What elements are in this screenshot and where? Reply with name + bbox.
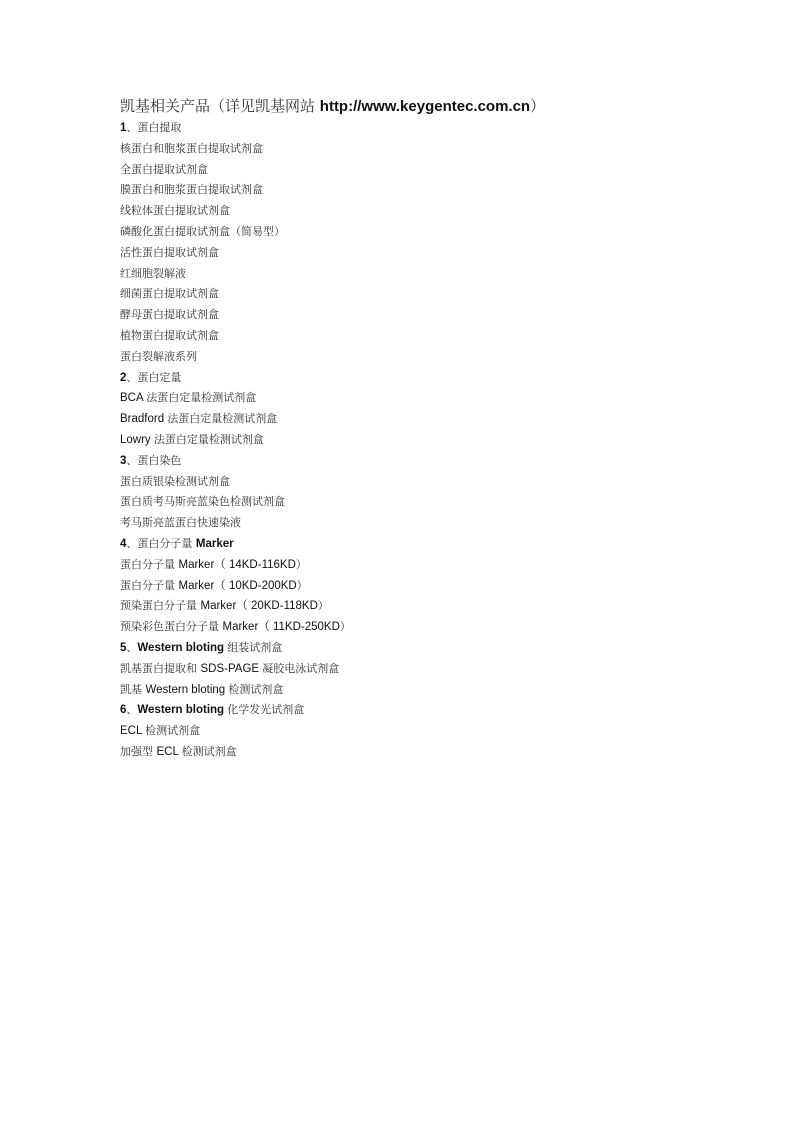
product-text: 凯基 bbox=[120, 683, 146, 696]
product-item: 蛋白裂解液系列 bbox=[120, 347, 720, 368]
product-text: 蛋白质考马斯亮蓝染色检测试剂盒 bbox=[120, 495, 285, 508]
section-heading: 6、Western bloting 化学发光试剂盒 bbox=[120, 700, 720, 721]
title-prefix: 凯基相关产品（详见凯基网站 bbox=[120, 97, 320, 115]
product-latin-text: Marker（ 14KD-116KD bbox=[179, 559, 296, 571]
product-latin-text: Marker（ 11KD-250KD bbox=[223, 621, 340, 633]
product-text-tail: 检测试剂盒 bbox=[145, 724, 200, 737]
product-latin-text: ECL bbox=[157, 746, 182, 758]
product-text-tail: 检测试剂盒 bbox=[228, 683, 283, 696]
product-latin-text: SDS-PAGE bbox=[201, 663, 263, 675]
product-text: 磷酸化蛋白提取试剂盒（简易型） bbox=[120, 225, 285, 238]
product-latin-text: Western bloting bbox=[146, 684, 229, 696]
section-heading-text: 、蛋白提取 bbox=[126, 121, 181, 134]
product-text: 凯基蛋白提取和 bbox=[120, 662, 201, 675]
section-heading-tail: 组装试剂盒 bbox=[227, 641, 282, 654]
product-item: 蛋白质银染检测试剂盒 bbox=[120, 472, 720, 493]
product-item: 活性蛋白提取试剂盒 bbox=[120, 243, 720, 264]
product-item: Lowry 法蛋白定量检测试剂盒 bbox=[120, 430, 720, 451]
product-text-tail: ） bbox=[340, 620, 351, 633]
section-heading-text: 、蛋白分子量 bbox=[126, 537, 196, 550]
title-suffix: ） bbox=[530, 97, 545, 115]
section-heading-text: 、蛋白染色 bbox=[126, 454, 181, 467]
product-text: 细菌蛋白提取试剂盒 bbox=[120, 287, 219, 300]
product-item: 蛋白分子量 Marker（ 14KD-116KD） bbox=[120, 555, 720, 576]
product-text: 蛋白分子量 bbox=[120, 579, 179, 592]
product-text: 线粒体蛋白提取试剂盒 bbox=[120, 204, 230, 217]
product-item: 磷酸化蛋白提取试剂盒（简易型） bbox=[120, 222, 720, 243]
section-heading: 1、蛋白提取 bbox=[120, 118, 720, 139]
product-latin-text: Bradford bbox=[120, 413, 167, 425]
product-text-tail: 法蛋白定量检测试剂盒 bbox=[167, 412, 277, 425]
product-item: 细菌蛋白提取试剂盒 bbox=[120, 284, 720, 305]
product-latin-text: Lowry bbox=[120, 434, 154, 446]
product-text: 植物蛋白提取试剂盒 bbox=[120, 329, 219, 342]
product-item: 凯基 Western bloting 检测试剂盒 bbox=[120, 680, 720, 701]
product-text-tail: 凝胶电泳试剂盒 bbox=[262, 662, 339, 675]
product-text: 膜蛋白和胞浆蛋白提取试剂盒 bbox=[120, 183, 263, 196]
section-heading-text: 、 bbox=[126, 703, 137, 716]
product-item: 预染蛋白分子量 Marker（ 20KD-118KD） bbox=[120, 596, 720, 617]
section-heading: 2、蛋白定量 bbox=[120, 368, 720, 389]
product-item: 红细胞裂解液 bbox=[120, 264, 720, 285]
product-item: 酵母蛋白提取试剂盒 bbox=[120, 305, 720, 326]
product-list: 1、蛋白提取核蛋白和胞浆蛋白提取试剂盒全蛋白提取试剂盒膜蛋白和胞浆蛋白提取试剂盒… bbox=[120, 118, 720, 763]
product-text: 蛋白裂解液系列 bbox=[120, 350, 197, 363]
product-item: Bradford 法蛋白定量检测试剂盒 bbox=[120, 409, 720, 430]
product-latin-text: Marker（ 20KD-118KD bbox=[201, 600, 318, 612]
product-item: 植物蛋白提取试剂盒 bbox=[120, 326, 720, 347]
product-item: 核蛋白和胞浆蛋白提取试剂盒 bbox=[120, 139, 720, 160]
document-page: 凯基相关产品（详见凯基网站 http://www.keygentec.com.c… bbox=[120, 96, 720, 763]
product-item: ECL 检测试剂盒 bbox=[120, 721, 720, 742]
section-heading-text: 、 bbox=[126, 641, 137, 654]
product-latin-text: Marker（ 10KD-200KD bbox=[179, 580, 297, 592]
product-item: 考马斯亮蓝蛋白快速染液 bbox=[120, 513, 720, 534]
document-title: 凯基相关产品（详见凯基网站 http://www.keygentec.com.c… bbox=[120, 96, 720, 118]
product-text: 核蛋白和胞浆蛋白提取试剂盒 bbox=[120, 142, 263, 155]
product-text-tail: 法蛋白定量检测试剂盒 bbox=[146, 391, 256, 404]
product-text-tail: 检测试剂盒 bbox=[182, 745, 237, 758]
section-heading: 4、蛋白分子量 Marker bbox=[120, 534, 720, 555]
product-item: 预染彩色蛋白分子量 Marker（ 11KD-250KD） bbox=[120, 617, 720, 638]
product-item: BCA 法蛋白定量检测试剂盒 bbox=[120, 388, 720, 409]
section-heading-bold: Marker bbox=[196, 538, 234, 550]
product-text: 蛋白分子量 bbox=[120, 558, 179, 571]
product-item: 蛋白质考马斯亮蓝染色检测试剂盒 bbox=[120, 492, 720, 513]
product-text: 酵母蛋白提取试剂盒 bbox=[120, 308, 219, 321]
product-latin-text: ECL bbox=[120, 725, 145, 737]
product-text: 加强型 bbox=[120, 745, 157, 758]
section-heading-bold: Western bloting bbox=[137, 642, 227, 654]
product-text-tail: 法蛋白定量检测试剂盒 bbox=[154, 433, 264, 446]
section-heading: 3、蛋白染色 bbox=[120, 451, 720, 472]
product-text: 预染彩色蛋白分子量 bbox=[120, 620, 223, 633]
product-text: 蛋白质银染检测试剂盒 bbox=[120, 475, 230, 488]
product-item: 线粒体蛋白提取试剂盒 bbox=[120, 201, 720, 222]
product-text-tail: ） bbox=[296, 558, 307, 571]
product-text-tail: ） bbox=[297, 579, 308, 592]
product-item: 膜蛋白和胞浆蛋白提取试剂盒 bbox=[120, 180, 720, 201]
product-text: 考马斯亮蓝蛋白快速染液 bbox=[120, 516, 241, 529]
product-text-tail: ） bbox=[318, 599, 329, 612]
section-heading-bold: Western bloting bbox=[137, 704, 227, 716]
product-item: 全蛋白提取试剂盒 bbox=[120, 160, 720, 181]
product-latin-text: BCA bbox=[120, 392, 146, 404]
product-item: 蛋白分子量 Marker（ 10KD-200KD） bbox=[120, 576, 720, 597]
product-text: 全蛋白提取试剂盒 bbox=[120, 163, 208, 176]
product-text: 活性蛋白提取试剂盒 bbox=[120, 246, 219, 259]
product-text: 预染蛋白分子量 bbox=[120, 599, 201, 612]
section-heading-tail: 化学发光试剂盒 bbox=[227, 703, 304, 716]
section-heading-text: 、蛋白定量 bbox=[126, 371, 181, 384]
product-item: 加强型 ECL 检测试剂盒 bbox=[120, 742, 720, 763]
section-heading: 5、Western bloting 组装试剂盒 bbox=[120, 638, 720, 659]
product-text: 红细胞裂解液 bbox=[120, 267, 186, 280]
product-item: 凯基蛋白提取和 SDS-PAGE 凝胶电泳试剂盒 bbox=[120, 659, 720, 680]
website-url: http://www.keygentec.com.cn bbox=[320, 98, 530, 115]
